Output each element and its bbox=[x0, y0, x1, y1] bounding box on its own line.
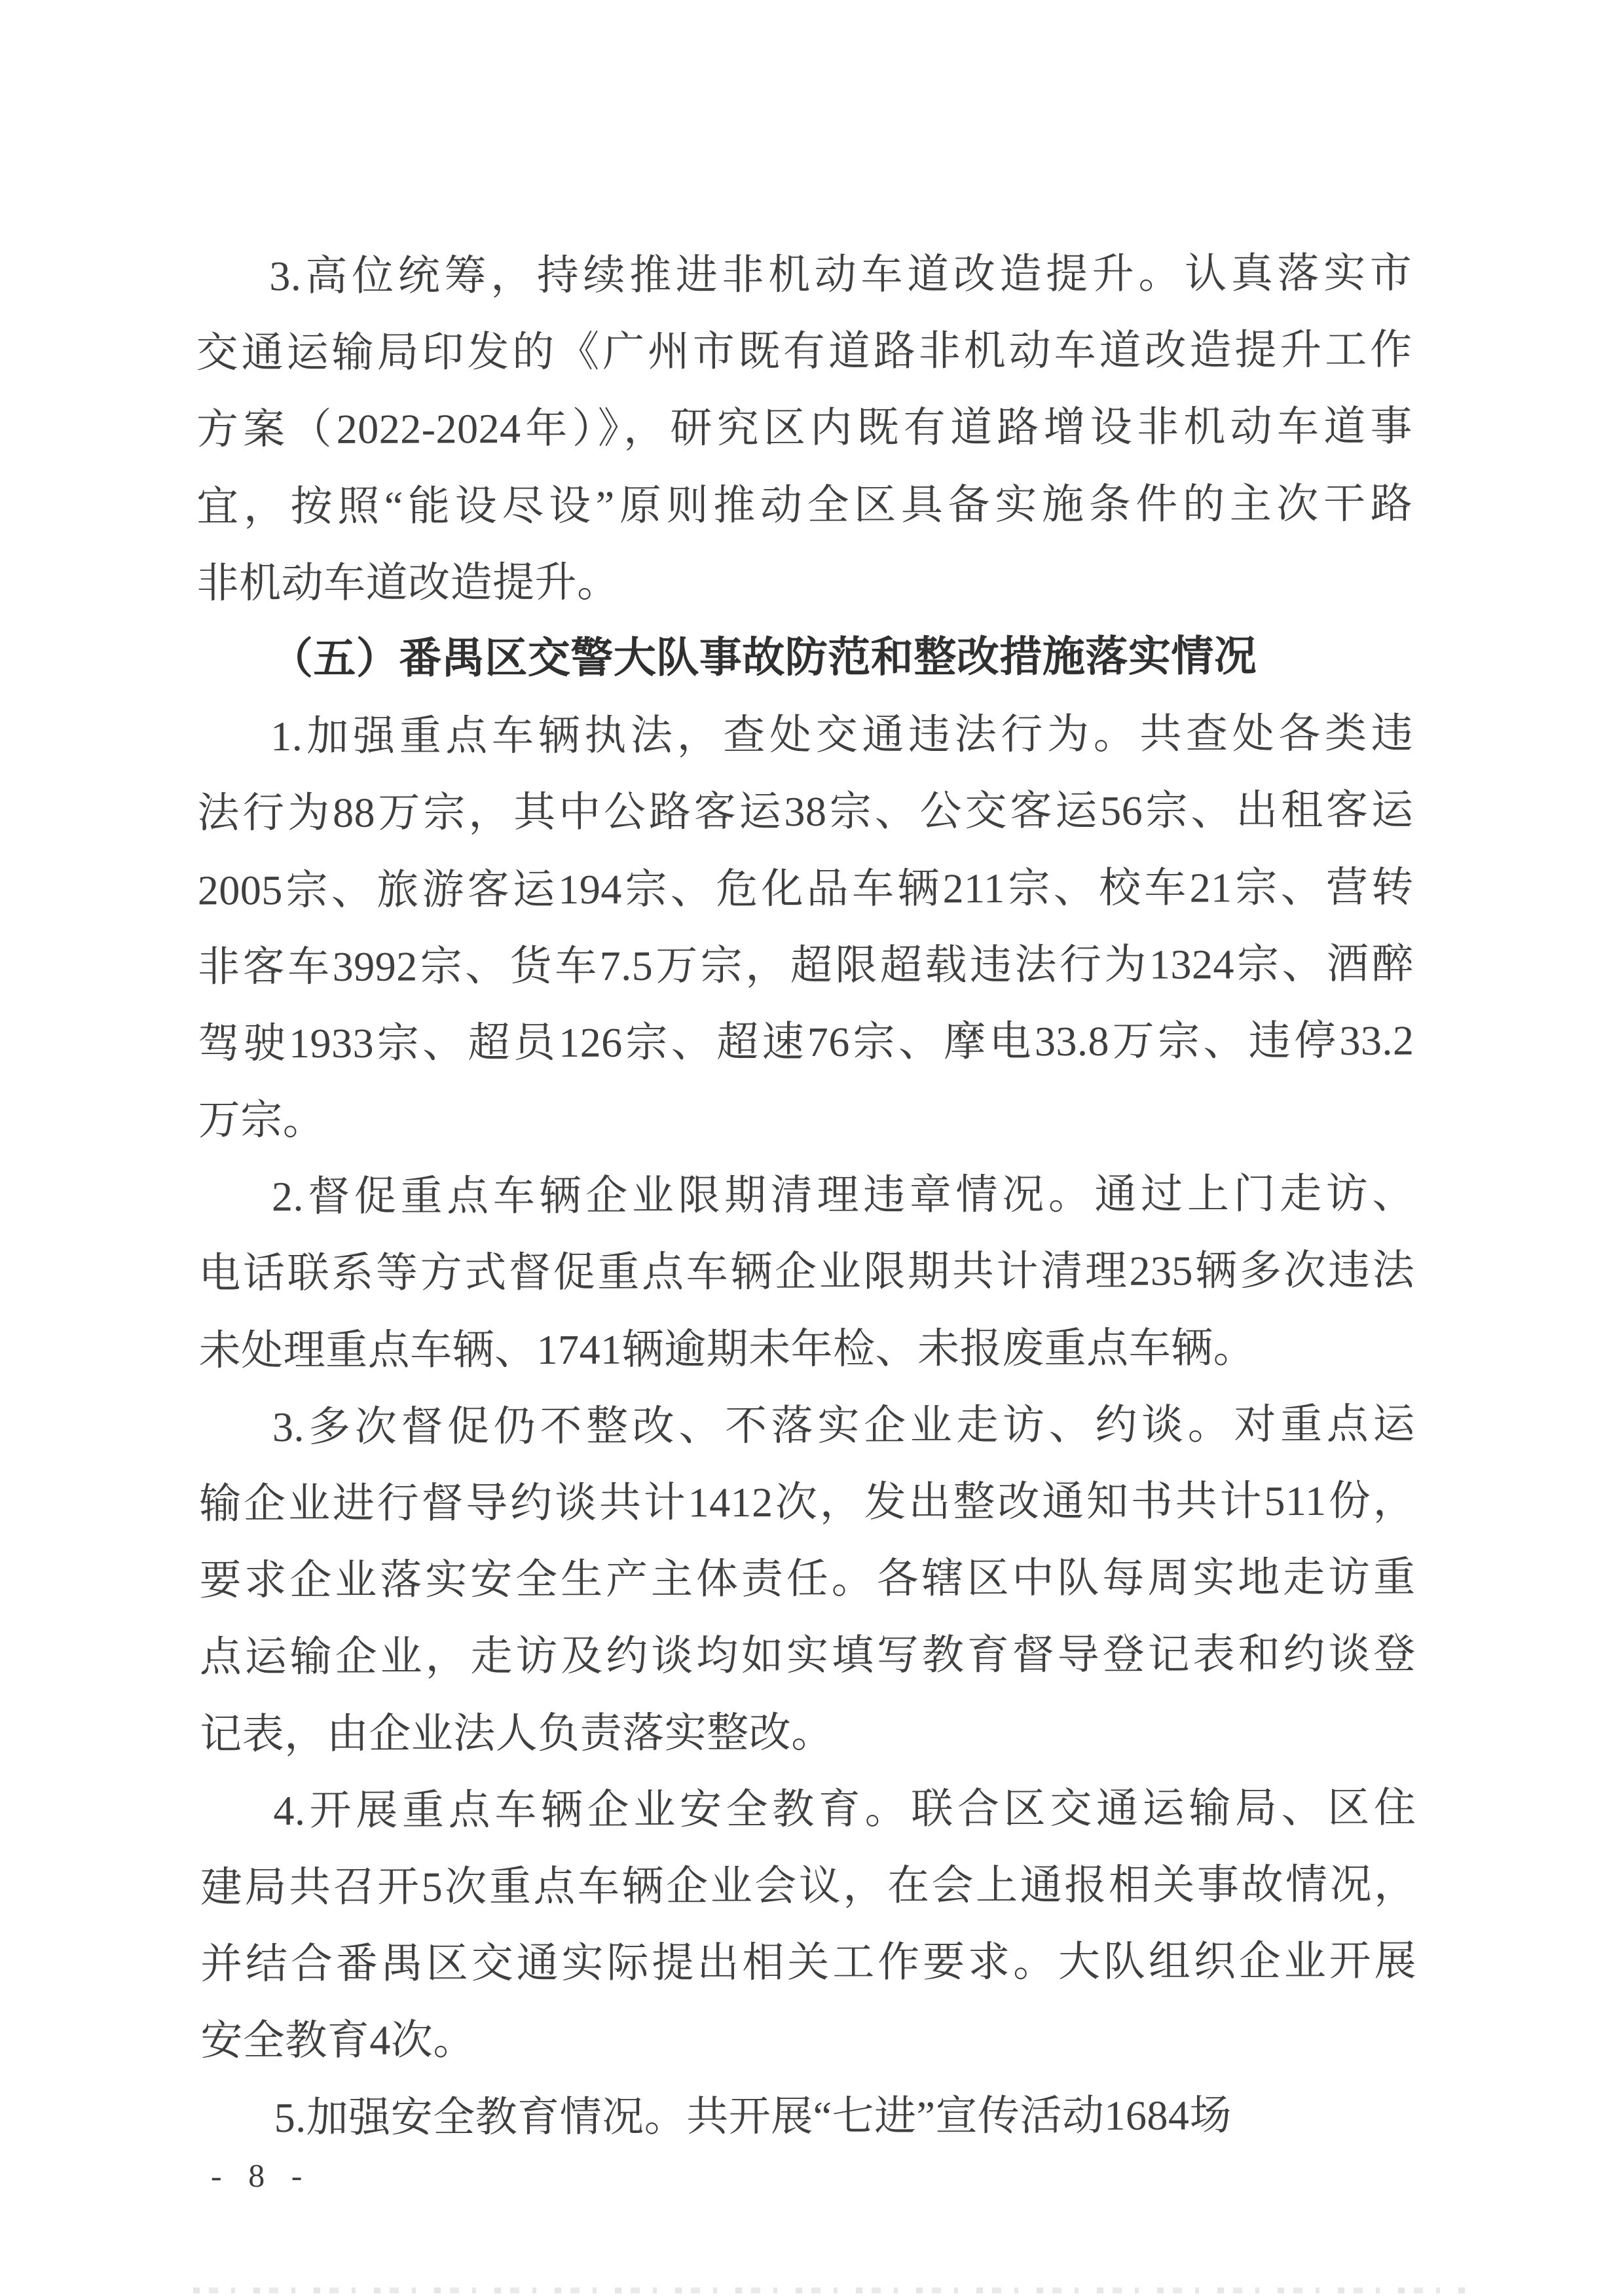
section-heading-line: （五）番禺区交警大队事故防范和整改措施落实情况 bbox=[197, 619, 1413, 699]
body-text-line: 点运输企业，走访及约谈均如实填写教育督导登记表和约谈登 bbox=[200, 1616, 1416, 1696]
body-text-line: 5.加强安全教育情况。共开展“七进”宣传活动1684场 bbox=[201, 2076, 1417, 2156]
page-bottom-bleed-artifact bbox=[193, 2287, 1473, 2293]
body-text-line: 宜，按照“能设尽设”原则推动全区具备实施条件的主次干路 bbox=[196, 465, 1412, 545]
body-text-line: 安全教育4次。 bbox=[200, 1999, 1416, 2079]
body-text-line: 电话联系等方式督促重点车辆企业限期共计清理235辆多次违法 bbox=[198, 1232, 1414, 1312]
body-text-line: 输企业进行督导约谈共计1412次，发出整改通知书共计511份， bbox=[199, 1463, 1415, 1542]
body-text-line: 万宗。 bbox=[198, 1079, 1414, 1159]
body-text-line: 法行为88万宗，其中公路客运38宗、公交客运56宗、出租客运 bbox=[197, 772, 1413, 852]
body-text-line: 4.开展重点车辆企业安全教育。联合区交通运输局、区住 bbox=[200, 1769, 1416, 1849]
body-text-line: 方案（2022-2024年）》，研究区内既有道路增设非机动车道事 bbox=[196, 388, 1412, 468]
body-text-line: 非客车3992宗、货车7.5万宗，超限超载违法行为1324宗、酒醉 bbox=[198, 925, 1414, 1005]
body-text-line: 驾驶1933宗、超员126宗、超速76宗、摩电33.8万宗、违停33.2 bbox=[198, 1002, 1414, 1082]
document-page: 3.高位统筹，持续推进非机动车道改造提升。认真落实市交通运输局印发的《广州市既有… bbox=[0, 0, 1624, 2296]
body-text-line: 要求企业落实安全生产主体责任。各辖区中队每周实地走访重 bbox=[199, 1539, 1415, 1619]
body-text-line: 记表，由企业法人负责落实整改。 bbox=[200, 1692, 1416, 1772]
body-text-line: 非机动车道改造提升。 bbox=[196, 541, 1412, 621]
body-text-line: 3.高位统筹，持续推进非机动车道改造提升。认真落实市 bbox=[196, 235, 1412, 315]
body-text-line: 建局共召开5次重点车辆企业会议，在会上通报相关事故情况， bbox=[200, 1846, 1416, 1926]
body-text-line: 未处理重点车辆、1741辆逾期未年检、未报废重点车辆。 bbox=[198, 1309, 1414, 1389]
body-text-line: 1.加强重点车辆执法，查处交通违法行为。共查处各类违 bbox=[197, 695, 1413, 775]
body-text-line: 3.多次督促仍不整改、不落实企业走访、约谈。对重点运 bbox=[199, 1385, 1415, 1465]
body-text-line: 并结合番禺区交通实际提出相关工作要求。大队组织企业开展 bbox=[200, 1923, 1416, 2003]
page-number: - 8 - bbox=[211, 2159, 311, 2192]
body-text-line: 2.督促重点车辆企业限期清理违章情况。通过上门走访、 bbox=[198, 1156, 1414, 1235]
document-body: 3.高位统筹，持续推进非机动车道改造提升。认真落实市交通运输局印发的《广州市既有… bbox=[196, 235, 1417, 2157]
body-text-line: 2005宗、旅游客运194宗、危化品车辆211宗、校车21宗、营转 bbox=[198, 848, 1414, 928]
body-text-line: 交通运输局印发的《广州市既有道路非机动车道改造提升工作 bbox=[196, 312, 1412, 392]
